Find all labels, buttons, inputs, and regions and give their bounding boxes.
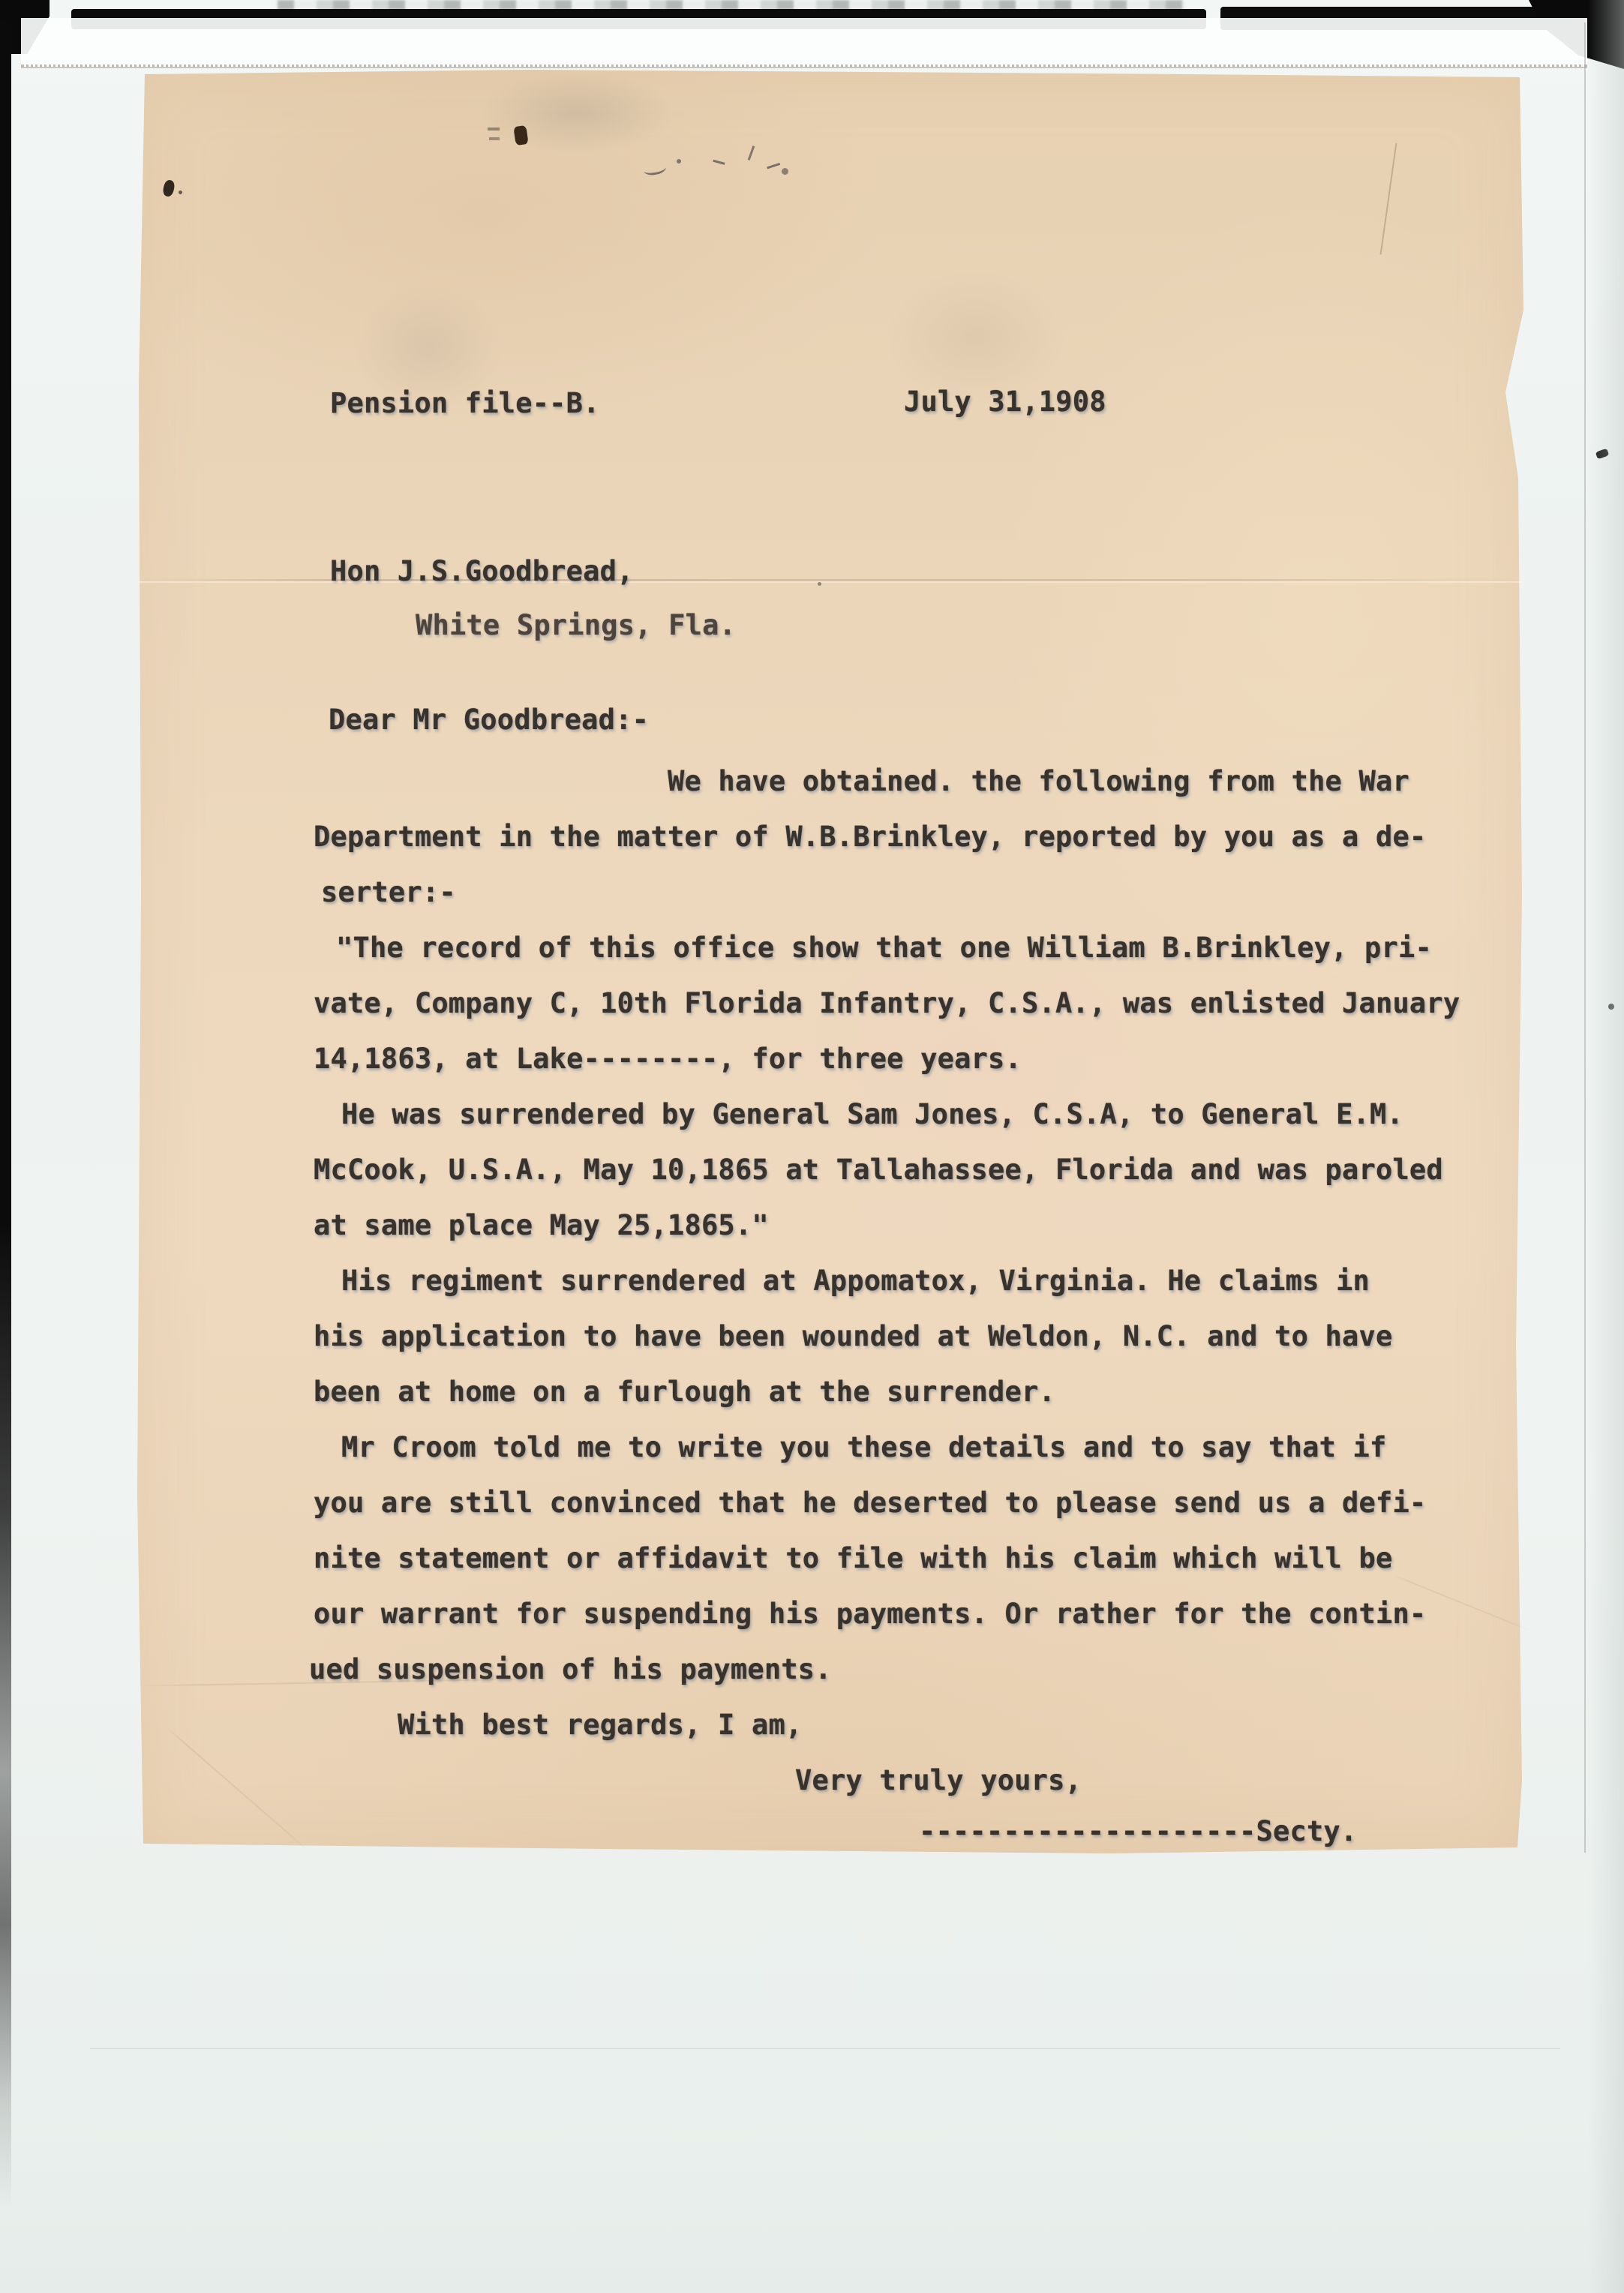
salutation: Dear Mr Goodbread:- [329,704,649,737]
letter-line: his application to have been wounded at … [314,1320,1392,1353]
file-reference: Pension file--B. [330,387,600,420]
letter-line: nite statement or affidavit to file with… [314,1542,1392,1575]
backing-sheet-crease [90,2048,1560,2049]
pencil-scribble [677,159,681,164]
letter-line: He was surrendered by General Sam Jones,… [341,1098,1403,1131]
scanned-letter-page: Pension file--B. July 31,1908 Hon J.S.Go… [0,0,1624,2293]
recipient-name: Hon J.S.Goodbread, [330,555,634,588]
letter-line: Department in the matter of W.B.Brinkley… [314,821,1426,854]
recipient-address: White Springs, Fla. [416,609,736,642]
letter-line: We have obtained. the following from the… [668,765,1409,798]
letter-line: been at home on a furlough at the surren… [314,1376,1055,1409]
letter-line: "The record of this office show that one… [336,932,1432,965]
edge-mark [1608,1004,1614,1010]
letter-line: Mr Croom told me to write you these deta… [341,1431,1387,1464]
ink-mark [489,137,500,140]
ink-dot [818,582,821,586]
ink-blot [513,125,528,146]
scanner-left-edge-bar [0,20,11,2210]
edge-mark [1595,449,1609,460]
letter-line: 14,1863, at Lake--------, for three year… [314,1043,1022,1076]
letter-line: ued suspension of his payments. [309,1653,832,1686]
regards-line: With best regards, I am, [398,1709,802,1742]
signature-line: --------------------Secty. [919,1815,1357,1848]
ink-dot [179,191,182,194]
letter-line: you are still convinced that he deserted… [314,1487,1426,1520]
letter-line: vate, Company C, 10th Florida Infantry, … [314,987,1460,1020]
backing-sheet-edge-line [1584,23,1586,1853]
letter-line: serter:- [321,876,456,909]
letter-line: our warrant for suspending his payments.… [314,1598,1426,1631]
letter-date: July 31,1908 [904,386,1106,419]
backing-sheet-fold [21,18,1587,67]
letter-line: McCook, U.S.A., May 10,1865 at Tallahass… [314,1154,1443,1187]
ink-mark [488,128,500,131]
pencil-scribble [782,168,788,175]
valediction: Very truly yours, [795,1764,1082,1797]
letter-line: at same place May 25,1865." [314,1209,769,1242]
letter-line: His regiment surrendered at Appomatox, V… [341,1265,1370,1298]
